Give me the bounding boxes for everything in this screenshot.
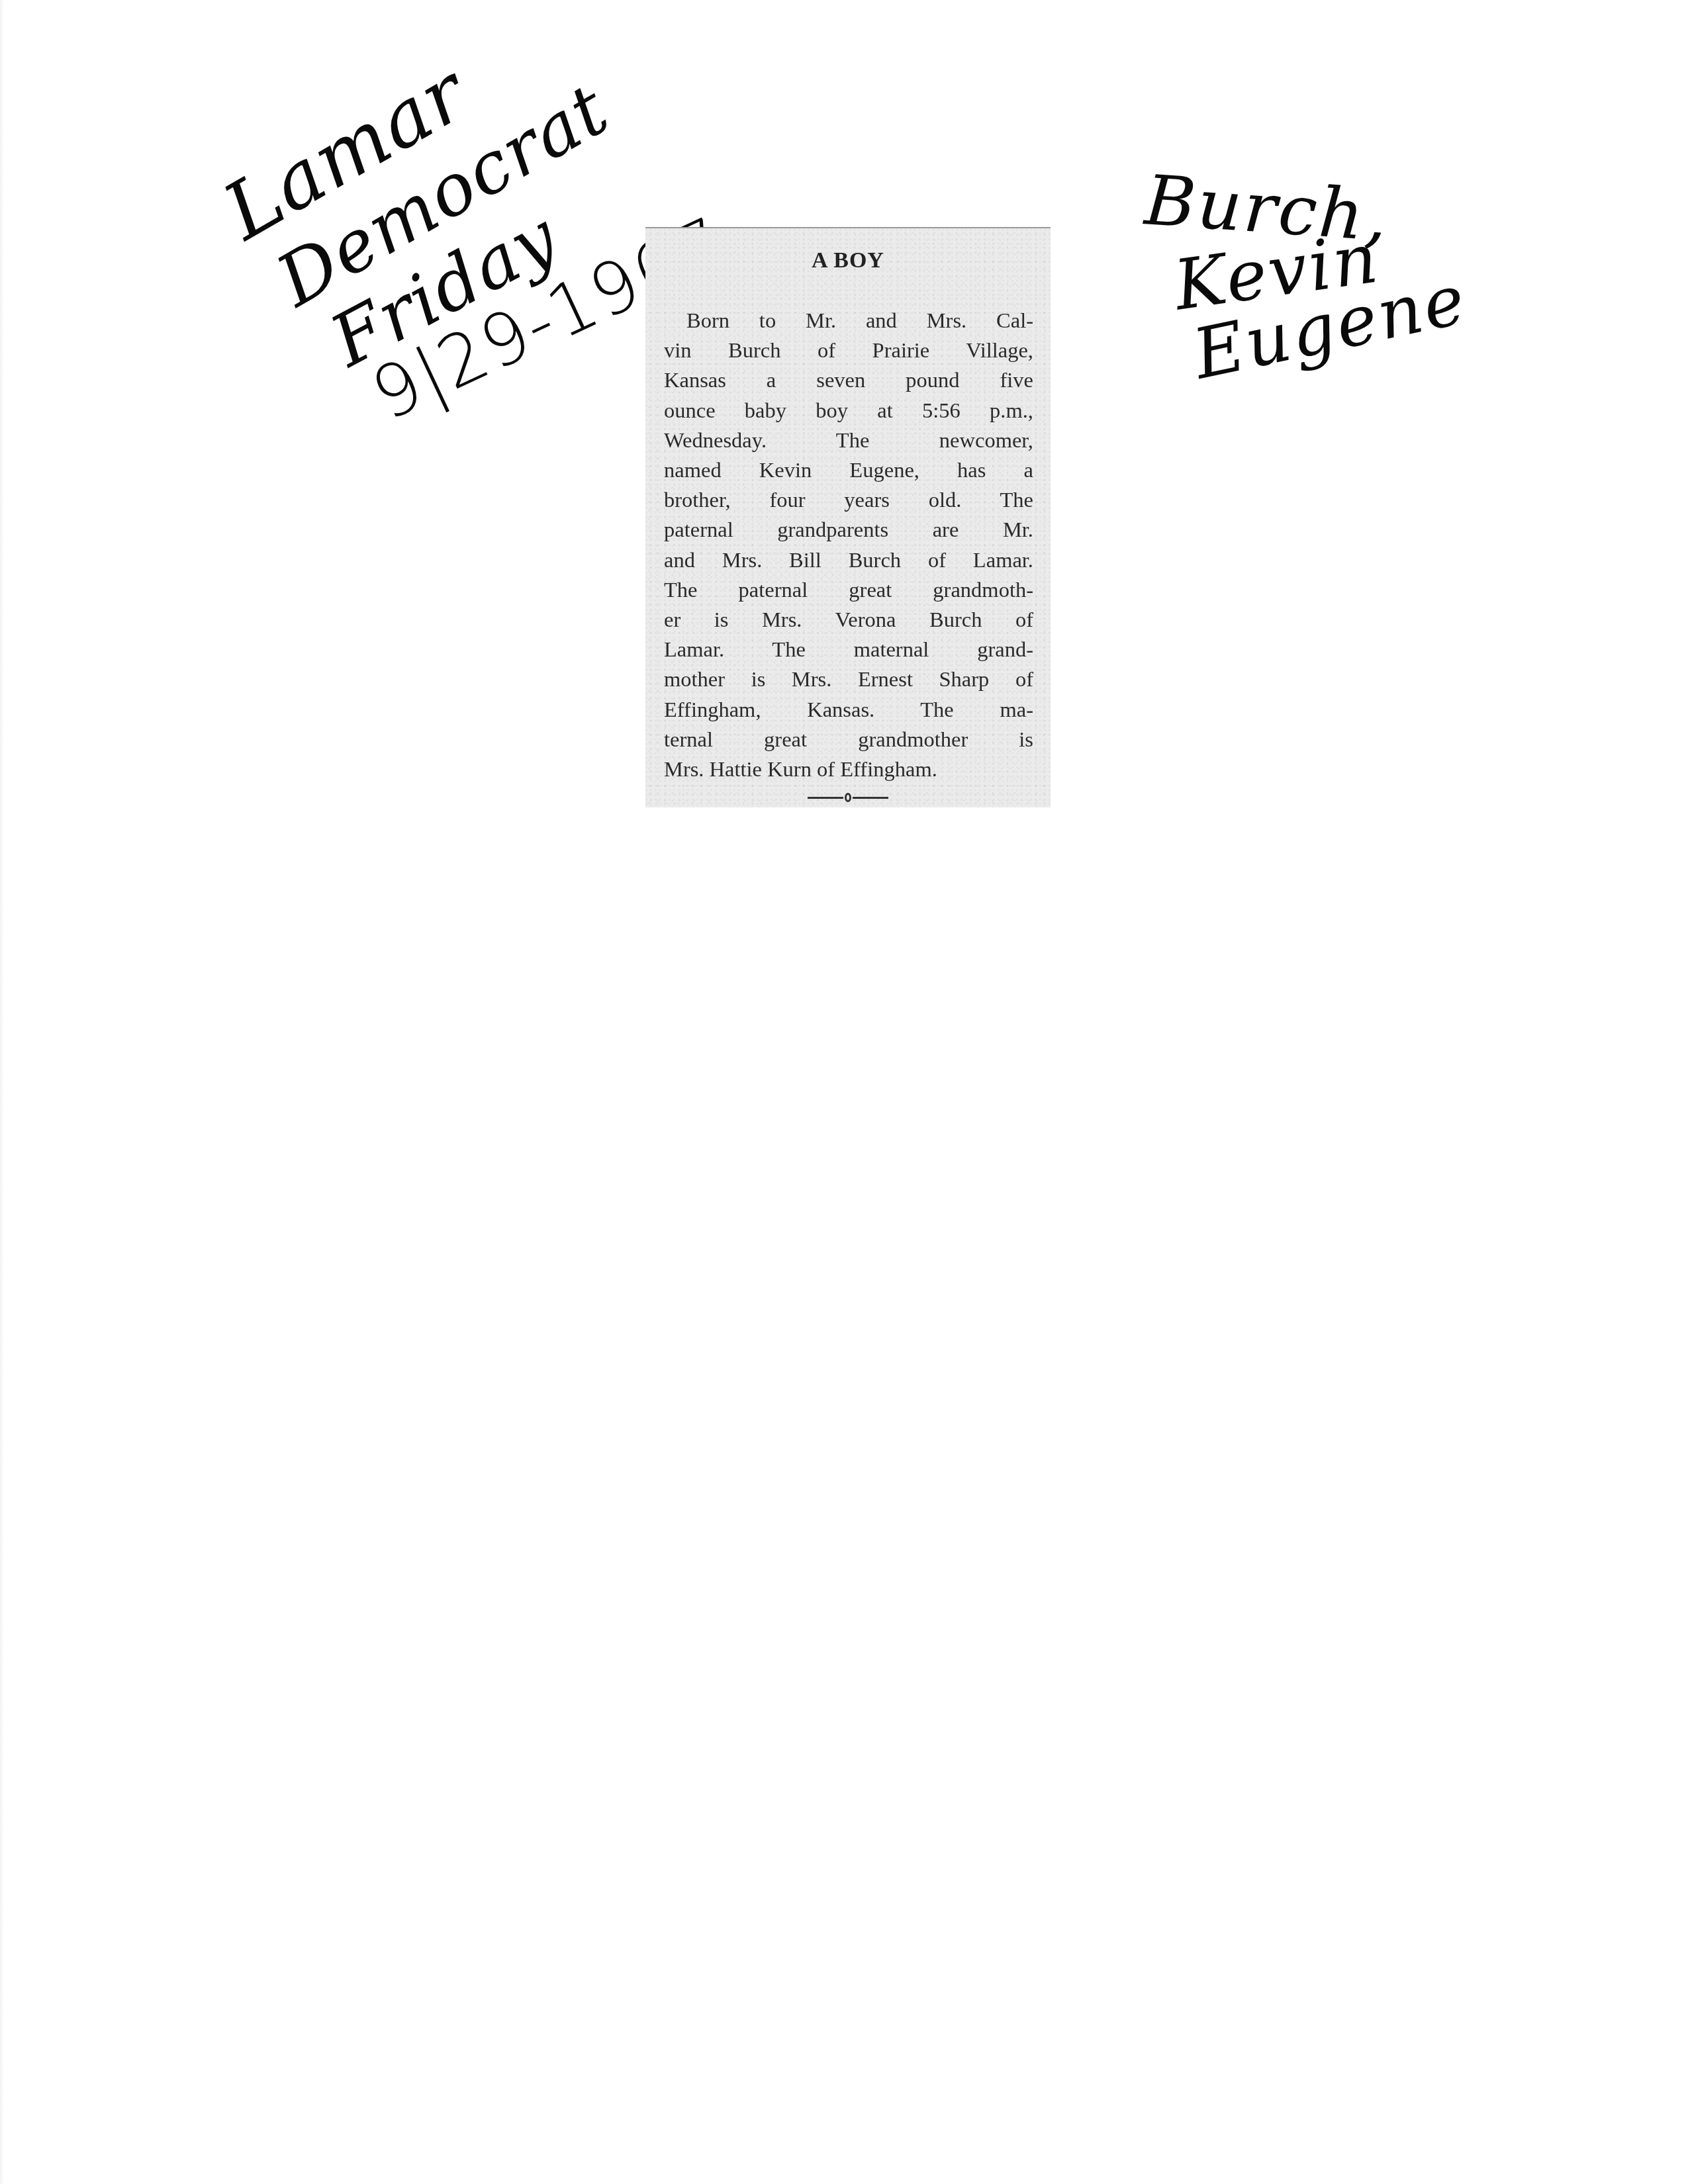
newspaper-clipping: A BOY Born to Mr. and Mrs. Cal- vin Burc…: [645, 227, 1051, 807]
clipping-line: Effingham, Kansas. The ma-: [664, 696, 1033, 725]
divider-rule-left: [808, 797, 843, 799]
clipping-line: Kansas a seven pound five: [664, 366, 1033, 396]
divider-ornament-icon: [645, 793, 1051, 802]
clipping-line: brother, four years old. The: [664, 486, 1033, 516]
clipping-line: The paternal great grandmoth-: [664, 576, 1033, 606]
clipping-line: er is Mrs. Verona Burch of: [664, 606, 1033, 635]
clipping-headline: A BOY: [645, 248, 1051, 273]
clipping-line: ternal great grandmother is: [664, 725, 1033, 755]
clipping-line: vin Burch of Prairie Village,: [664, 336, 1033, 366]
clipping-line: Born to Mr. and Mrs. Cal-: [664, 306, 1033, 336]
clipping-body: Born to Mr. and Mrs. Cal- vin Burch of P…: [664, 306, 1033, 785]
clipping-line: and Mrs. Bill Burch of Lamar.: [664, 546, 1033, 576]
clipping-line: paternal grandparents are Mr.: [664, 516, 1033, 545]
clipping-line: Lamar. The maternal grand-: [664, 635, 1033, 665]
page-edge: [0, 0, 4, 2184]
divider-circle-icon: [845, 793, 851, 802]
clipping-line: Mrs. Hattie Kurn of Effingham.: [664, 755, 1033, 785]
clipping-line: named Kevin Eugene, has a: [664, 456, 1033, 486]
clipping-line: mother is Mrs. Ernest Sharp of: [664, 665, 1033, 695]
handwritten-name-note: Burch, Kevin Eugene: [1125, 139, 1443, 390]
clipping-line: Wednesday. The newcomer,: [664, 426, 1033, 456]
divider-rule-right: [853, 797, 888, 799]
clipping-line: ounce baby boy at 5:56 p.m.,: [664, 396, 1033, 426]
handwritten-source-note: Lamar Democrat Friday 9|29-1967: [218, 79, 642, 390]
